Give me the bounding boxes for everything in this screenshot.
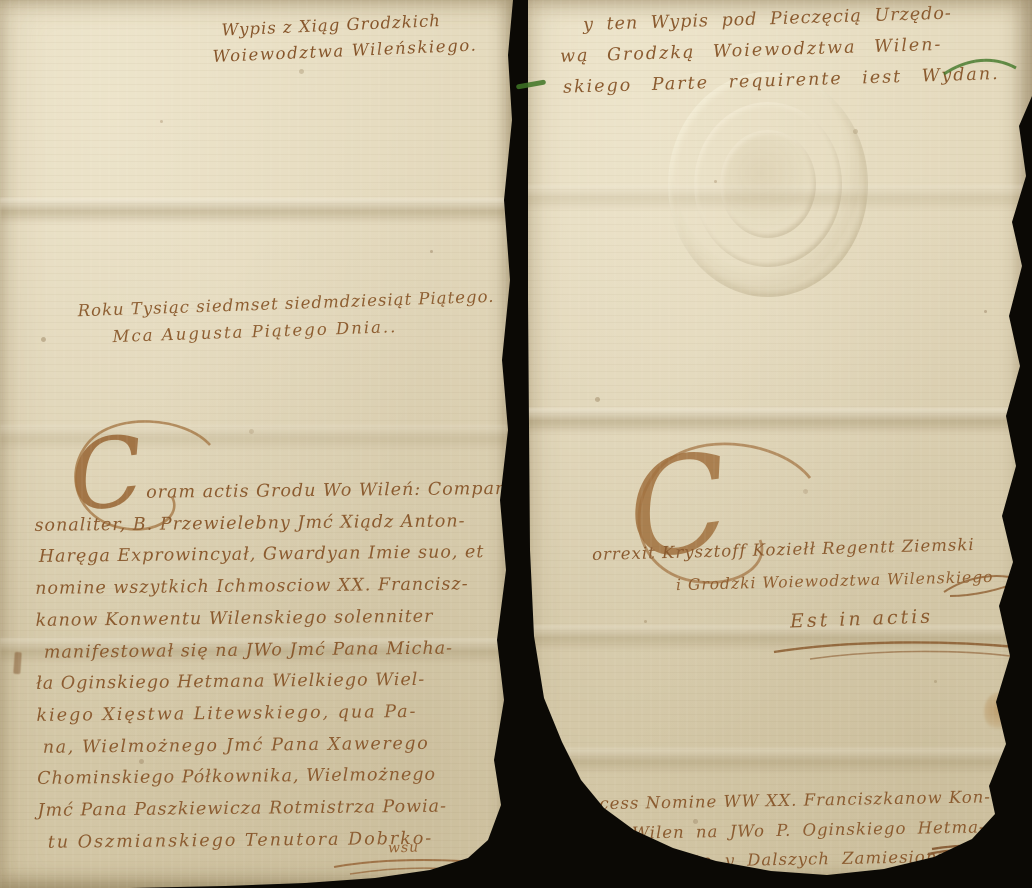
fold-crease: [0, 198, 516, 224]
body-line: nomine wszytkich Ichmosciow XX. Francisz…: [35, 568, 585, 605]
left-page: Wypis z Xiąg Grodzkich Woiewodztwa Wileń…: [0, 0, 516, 888]
body-line: Chominskiego Półkownika, Wielmożnego: [37, 758, 587, 795]
seal-middle-ring: [694, 102, 842, 267]
extract-heading: Wypis z Xiąg Grodzkich Woiewodztwa Wileń…: [221, 6, 478, 69]
catchword-flourish: [330, 853, 510, 881]
body-line: kanow Konwentu Wilenskiego solenniter: [35, 600, 585, 637]
edge-ink-mark: [13, 652, 22, 674]
manuscript-scan: Wypis z Xiąg Grodzkich Woiewodztwa Wileń…: [0, 0, 1032, 888]
body-line: ła Oginskiego Hetmana Wielkiego Wiel-: [36, 663, 586, 700]
body-line: manifestował się na JWo Jmć Pana Micha-: [44, 632, 586, 669]
fold-crease: [524, 625, 1032, 651]
fold-crease: [524, 748, 1032, 774]
paper-speckles: [0, 0, 3, 3]
fold-crease: [524, 185, 1032, 211]
issuance-clause-text: y ten Wypis pod Pieczęcią Urzędo- wą Gro…: [555, 0, 1001, 104]
est-in-actis-underline-flourish: [770, 634, 1032, 664]
est-in-actis-note: Est in actis: [790, 606, 934, 633]
attestation-initial: C: [618, 424, 739, 591]
catchword: wsu: [388, 839, 420, 856]
docket-line: na Wo WXLitto y Dalszych Zamiesiony: [562, 841, 992, 878]
paper-stain: [984, 692, 1014, 732]
body-line: kiego Xięstwa Litewskiego, qua Pa-: [36, 695, 586, 732]
fold-crease: [524, 408, 1032, 434]
seal-center: [720, 130, 816, 238]
body-line: Jmć Pana Paszkiewicza Rotmistrza Powia-: [37, 790, 587, 827]
manifestation-body-text: oram actis Grodu Wo Wileń: Comparens Per…: [34, 473, 588, 859]
date-block: Roku Tysiąc siedmset siedmdziesiąt Piąte…: [77, 283, 496, 352]
body-line: oram actis Grodu Wo Wileń: Comparens Per…: [34, 473, 584, 510]
body-line: tu Oszmianskiego Tenutora Dobrko-: [48, 822, 588, 859]
docket-summary-text: Process Nomine WW XX. Franciszkanow Kon-…: [567, 782, 992, 878]
body-line: na, Wielmożnego Jmć Pana Xawerego: [43, 727, 587, 764]
blind-embossed-seal: [668, 72, 868, 297]
right-page: y ten Wypis pod Pieczęcią Urzędo- wą Gro…: [524, 0, 1032, 888]
